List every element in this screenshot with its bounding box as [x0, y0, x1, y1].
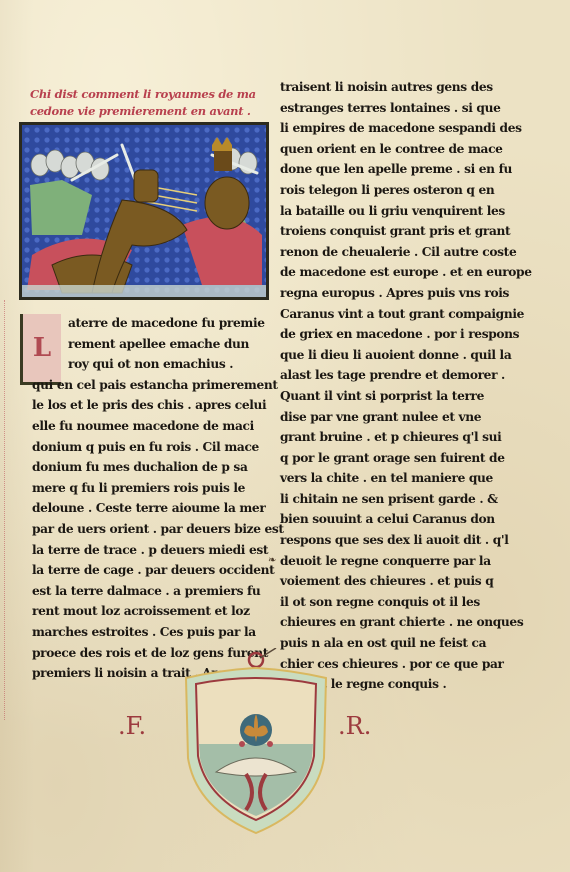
text-line: la terre de cage . par deuers occident	[32, 560, 260, 581]
coat-of-arms-shield-icon	[176, 648, 336, 838]
right-text-column: traisent li noisin autres gens des estra…	[280, 77, 532, 695]
text-line: marches estroites . Ces puis par la	[32, 622, 260, 643]
text-line: estranges terres lontaines . si que	[280, 98, 532, 119]
text-line: quen orient en le contree de mace	[280, 139, 532, 160]
text-line: renon de cheualerie . Cil autre coste	[280, 242, 532, 263]
text-line: il ot son regne conquis ot il les	[280, 592, 532, 613]
text-line: est la terre dalmace . a premiers fu	[32, 581, 260, 602]
text-line: alast les tage prendre et demorer .	[280, 365, 532, 386]
text-line: rois telegon li peres osteron q en	[280, 180, 532, 201]
paragraph-mark-icon: ❧	[268, 555, 276, 566]
battle-scene-icon	[22, 125, 266, 297]
text-line: done que len apelle preme . si en fu	[280, 159, 532, 180]
text-line: troiens conquist grant pris et grant	[280, 221, 532, 242]
rubric-heading: Chi dist comment li royaumes de ma cedon…	[30, 86, 270, 120]
text-line: qui en cel pais estancha primerement	[32, 375, 260, 396]
text-line: q por le grant orage sen fuirent de	[280, 448, 532, 469]
text-line: voiement des chieures . et puis q	[280, 571, 532, 592]
text-line: donium q puis en fu rois . Cil mace	[32, 437, 260, 458]
text-line: deuoit le regne conquerre par la	[280, 551, 532, 572]
text-line: rement apellee emache dun	[32, 334, 260, 355]
text-line: traisent li noisin autres gens des	[280, 77, 532, 98]
text-line: de griex en macedone . por i respons	[280, 324, 532, 345]
text-line: li chitain ne sen prisent garde . &	[280, 489, 532, 510]
rubric-line: cedone vie premierement en avant .	[30, 103, 270, 120]
text-line: elle fu noumee macedone de maci	[32, 416, 260, 437]
text-line: aterre de macedone fu premie	[32, 313, 260, 334]
text-line: rent mout loz acroissement et loz	[32, 601, 260, 622]
text-line: donium fu mes duchalion de p sa	[32, 457, 260, 478]
battle-miniature	[19, 122, 269, 300]
text-line: mere q fu li premiers rois puis le	[32, 478, 260, 499]
text-line: bien souuint a celui Caranus don	[280, 509, 532, 530]
text-line: par de uers orient . par deuers bize est	[32, 519, 260, 540]
text-line: la bataille ou li griu venquirent les	[280, 201, 532, 222]
left-text-column: aterre de macedone fu premie rement apel…	[32, 313, 260, 684]
text-line: roy qui ot non emachius .	[32, 354, 260, 375]
text-line: li empires de macedone sespandi des	[280, 118, 532, 139]
monogram-right: .R.	[338, 712, 371, 740]
text-line: vers la chite . en tel maniere que	[280, 468, 532, 489]
text-line: chieures en grant chierte . ne onques	[280, 612, 532, 633]
text-line: de macedone est europe . et en europe	[280, 262, 532, 283]
text-line: dise par vne grant nulee et vne	[280, 407, 532, 428]
text-line: grant bruine . et p chieures q'l sui	[280, 427, 532, 448]
text-line: deloune . Ceste terre aioume la mer	[32, 498, 260, 519]
monogram-left: .F.	[118, 712, 146, 740]
text-line: la terre de trace . p deuers miedi est	[32, 540, 260, 561]
text-line: le los et le pris des chis . apres celui	[32, 395, 260, 416]
text-line: Quant il vint si porprist la terre	[280, 386, 532, 407]
text-line: que li dieu li auoient donne . quil la	[280, 345, 532, 366]
text-line: regna europus . Apres puis vns rois	[280, 283, 532, 304]
text-line: respons que ses dex li auoit dit . q'l	[280, 530, 532, 551]
rubric-line: Chi dist comment li royaumes de ma	[30, 86, 270, 103]
text-line: Caranus vint a tout grant compaignie	[280, 304, 532, 325]
